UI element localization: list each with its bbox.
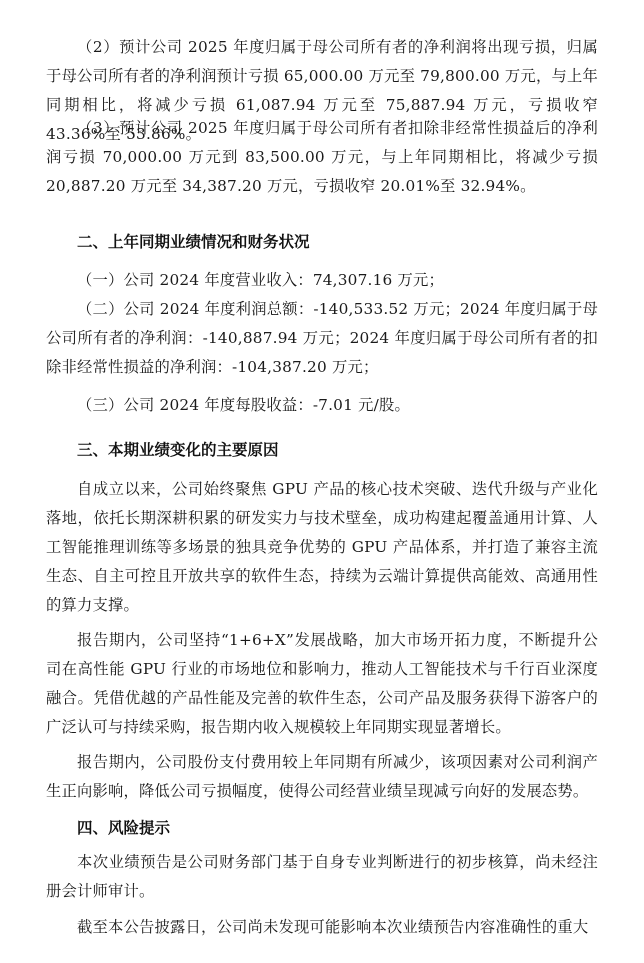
section-heading-prior-year: 二、上年同期业绩情况和财务状况 xyxy=(77,230,310,254)
section-heading-risk: 四、风险提示 xyxy=(77,816,170,840)
paragraph-reason-technology: 自成立以来，公司始终聚焦 GPU 产品的核心技术突破、迭代升级与产业化落地，依托… xyxy=(46,475,598,620)
paragraph-reason-share-payment: 报告期内，公司股份支付费用较上年同期有所减少，该项因素对公司利润产生正向影响，降… xyxy=(46,748,598,806)
list-item-revenue: （一）公司 2024 年度营业收入：74,307.16 万元； xyxy=(46,266,598,295)
paragraph-deducted-net-profit-forecast: （3）预计公司 2025 年度归属于母公司所有者扣除非经常性损益后的净利润亏损 … xyxy=(46,114,598,201)
list-item-eps: （三）公司 2024 年度每股收益：-7.01 元/股。 xyxy=(46,391,598,420)
section-heading-reasons: 三、本期业绩变化的主要原因 xyxy=(77,438,279,462)
paragraph-reason-market: 报告期内，公司坚持“1+6+X”发展战略，加大市场开拓力度，不断提升公司在高性能… xyxy=(46,626,598,742)
paragraph-risk-unaudited: 本次业绩预告是公司财务部门基于自身专业判断进行的初步核算，尚未经注册会计师审计。 xyxy=(46,848,598,906)
paragraph-risk-disclosure: 截至本公告披露日，公司尚未发现可能影响本次业绩预告内容准确性的重大 xyxy=(46,913,598,942)
list-item-profit: （二）公司 2024 年度利润总额：-140,533.52 万元；2024 年度… xyxy=(46,295,598,382)
